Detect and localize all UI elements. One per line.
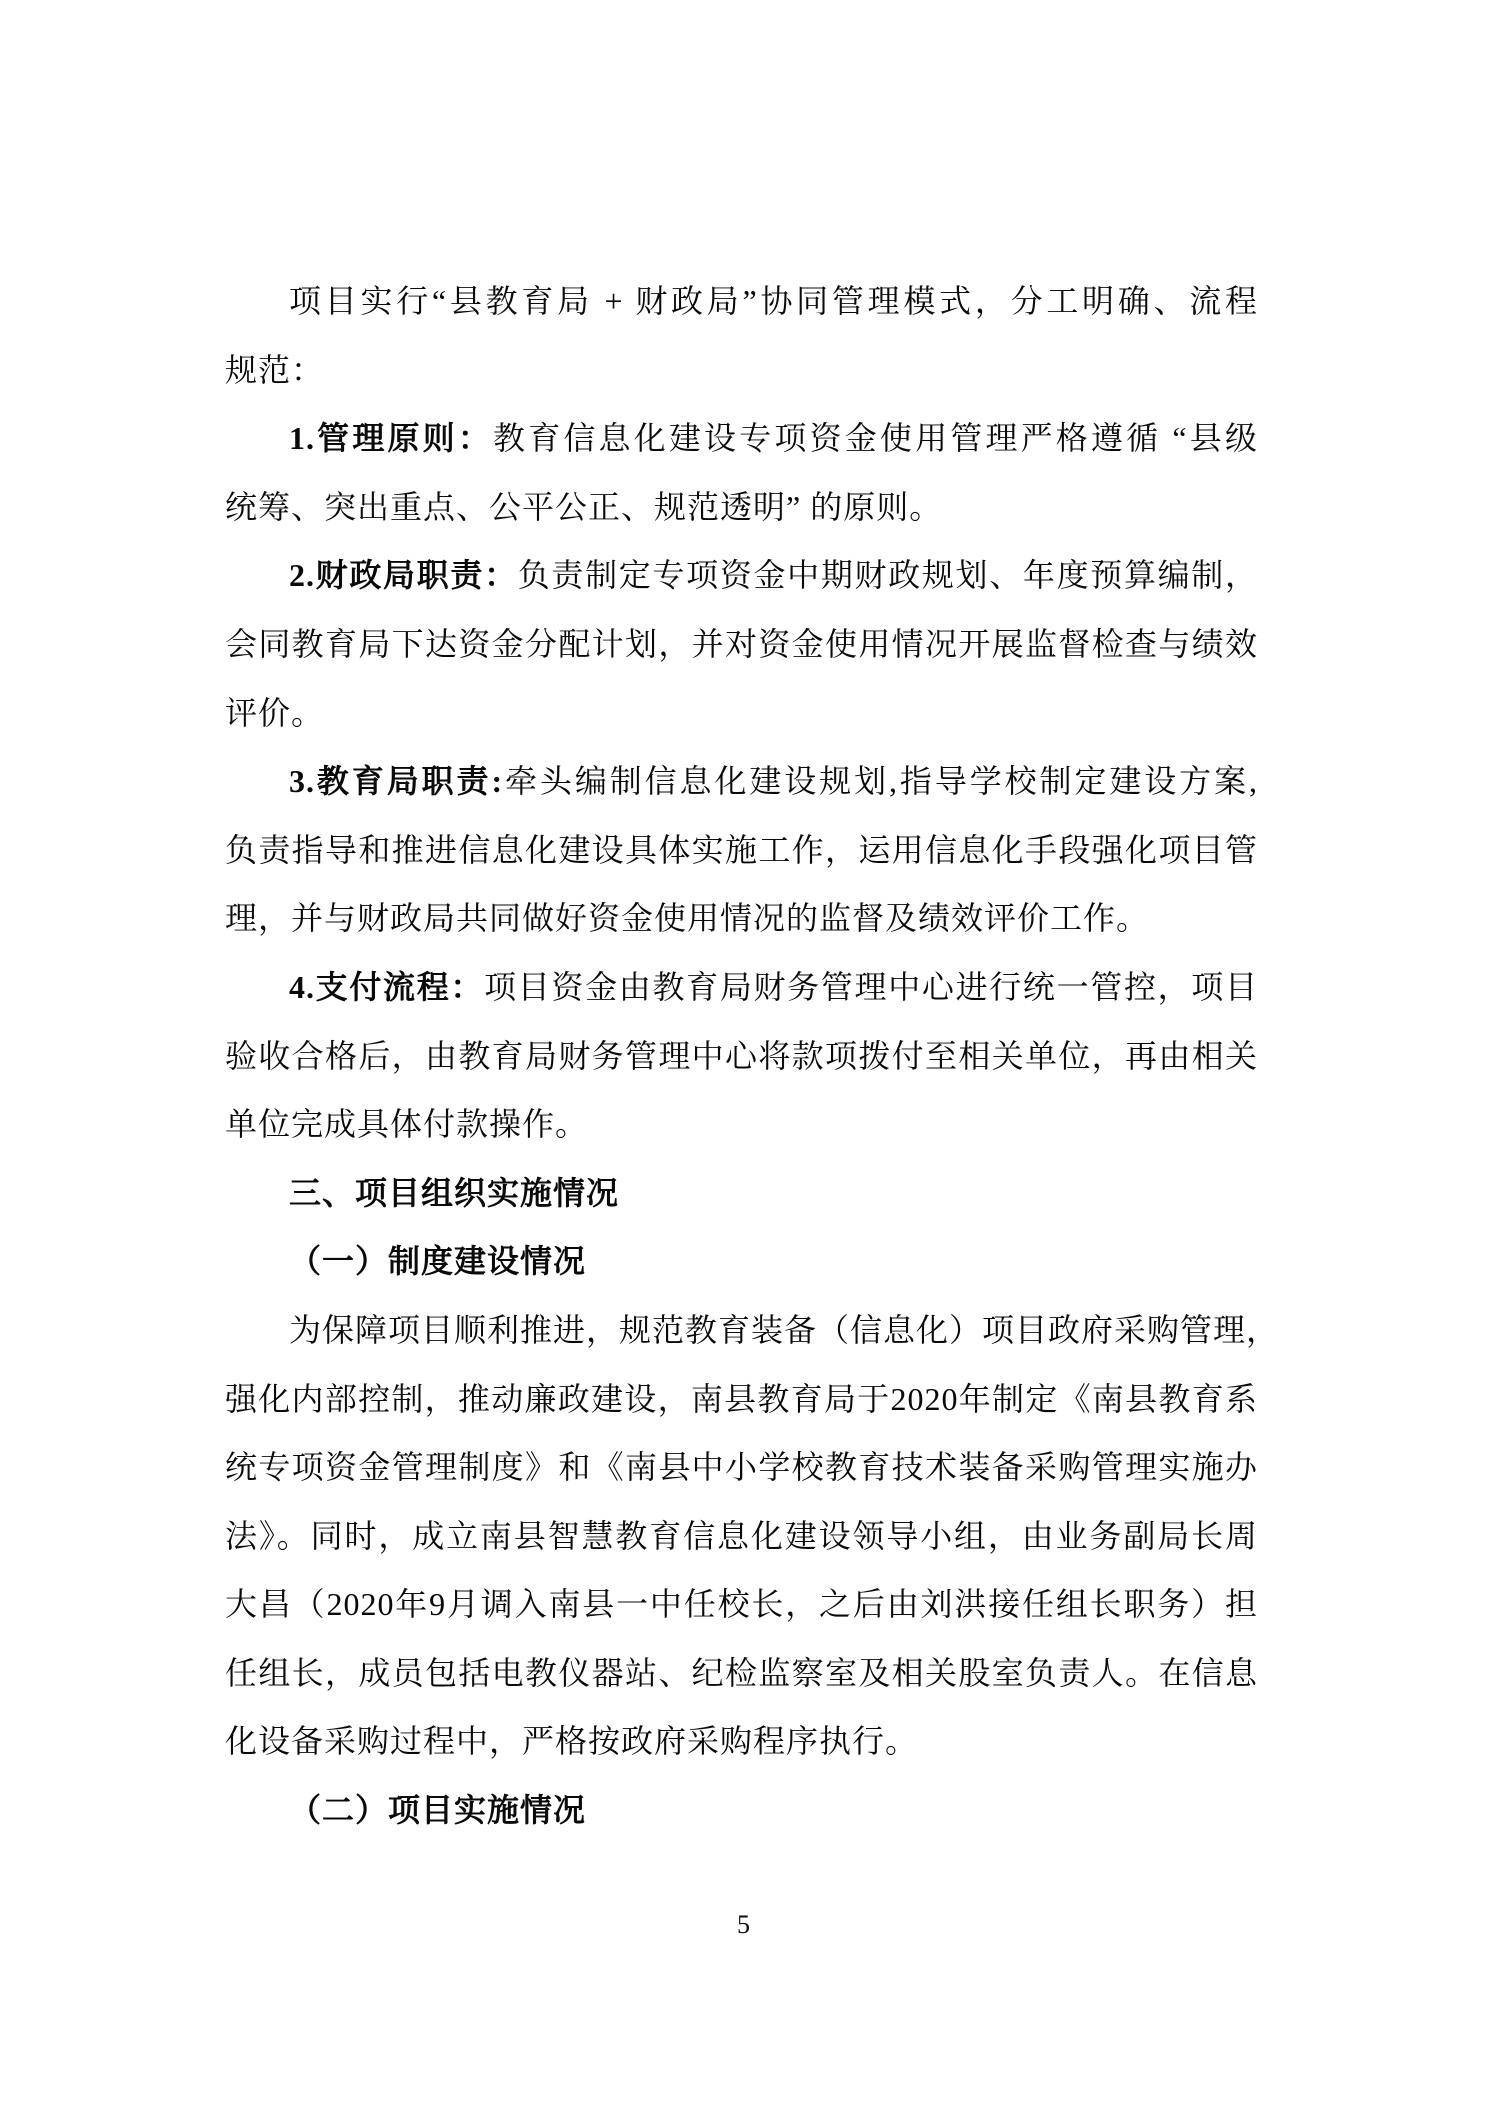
text-line: 2.财政局职责：负责制定专项资金中期财政规划、年度预算编制， [225, 541, 1258, 610]
text-line: 统专项资金管理制度》和《南县中小学校教育技术装备采购管理实施办 [225, 1433, 1258, 1502]
para-management-mode: 项目实行“县教育局 + 财政局”协同管理模式，分工明确、流程规范： [225, 267, 1258, 404]
text-line: 三、项目组织实施情况 [225, 1159, 1258, 1228]
text-line: 4.支付流程：项目资金由教育局财务管理中心进行统一管控，项目 [225, 953, 1258, 1022]
document-body: 项目实行“县教育局 + 财政局”协同管理模式，分工明确、流程规范：1.管理原则：… [225, 267, 1258, 1845]
document-page: 项目实行“县教育局 + 财政局”协同管理模式，分工明确、流程规范：1.管理原则：… [0, 0, 1487, 2105]
text-line: 负责指导和推进信息化建设具体实施工作，运用信息化手段强化项目管 [225, 816, 1258, 885]
para-institution-building: 为保障项目顺利推进，规范教育装备（信息化）项目政府采购管理，强化内部控制，推动廉… [225, 1296, 1258, 1776]
text-line: 单位完成具体付款操作。 [225, 1090, 1258, 1159]
text-line: 3.教育局职责:牵头编制信息化建设规划,指导学校制定建设方案, [225, 747, 1258, 816]
text-line: 验收合格后，由教育局财务管理中心将款项拨付至相关单位，再由相关 [225, 1022, 1258, 1091]
para-education-bureau-duty: 3.教育局职责:牵头编制信息化建设规划,指导学校制定建设方案,负责指导和推进信息… [225, 747, 1258, 953]
text-line: 法》。同时，成立南县智慧教育信息化建设领导小组，由业务副局长周 [225, 1502, 1258, 1571]
page-number: 5 [0, 1903, 1487, 1947]
text-line: 会同教育局下达资金分配计划，并对资金使用情况开展监督检查与绩效 [225, 610, 1258, 679]
text-line: 强化内部控制，推动廉政建设，南县教育局于2020年制定《南县教育系 [225, 1365, 1258, 1434]
text-line: 规范： [225, 336, 1258, 405]
para-payment-flow: 4.支付流程：项目资金由教育局财务管理中心进行统一管控，项目验收合格后，由教育局… [225, 953, 1258, 1159]
bold-run: 2.财政局职责： [289, 557, 518, 593]
text-line: 任组长，成员包括电教仪器站、纪检监察室及相关股室负责人。在信息 [225, 1639, 1258, 1708]
text-line: 为保障项目顺利推进，规范教育装备（信息化）项目政府采购管理， [225, 1296, 1258, 1365]
text-line: 大昌（2020年9月调入南县一中任校长，之后由刘洪接任组长职务）担 [225, 1570, 1258, 1639]
text-line: 项目实行“县教育局 + 财政局”协同管理模式，分工明确、流程 [225, 267, 1258, 336]
text-line: （一）制度建设情况 [225, 1227, 1258, 1296]
bold-run: 1.管理原则： [289, 420, 493, 456]
para-finance-bureau-duty: 2.财政局职责：负责制定专项资金中期财政规划、年度预算编制，会同教育局下达资金分… [225, 541, 1258, 747]
bold-run: 3.教育局职责: [289, 763, 503, 799]
text-line: 统筹、突出重点、公平公正、规范透明” 的原则。 [225, 473, 1258, 542]
heading-section-three: 三、项目组织实施情况 [225, 1159, 1258, 1228]
text-line: 1.管理原则：教育信息化建设专项资金使用管理严格遵循 “县级 [225, 404, 1258, 473]
bold-run: 4.支付流程： [289, 969, 484, 1005]
text-line: 化设备采购过程中，严格按政府采购程序执行。 [225, 1707, 1258, 1776]
text-line: 评价。 [225, 679, 1258, 748]
text-line: 理，并与财政局共同做好资金使用情况的监督及绩效评价工作。 [225, 884, 1258, 953]
heading-subsection-one: （一）制度建设情况 [225, 1227, 1258, 1296]
heading-subsection-two: （二）项目实施情况 [225, 1776, 1258, 1845]
text-line: （二）项目实施情况 [225, 1776, 1258, 1845]
para-management-principle: 1.管理原则：教育信息化建设专项资金使用管理严格遵循 “县级统筹、突出重点、公平… [225, 404, 1258, 541]
